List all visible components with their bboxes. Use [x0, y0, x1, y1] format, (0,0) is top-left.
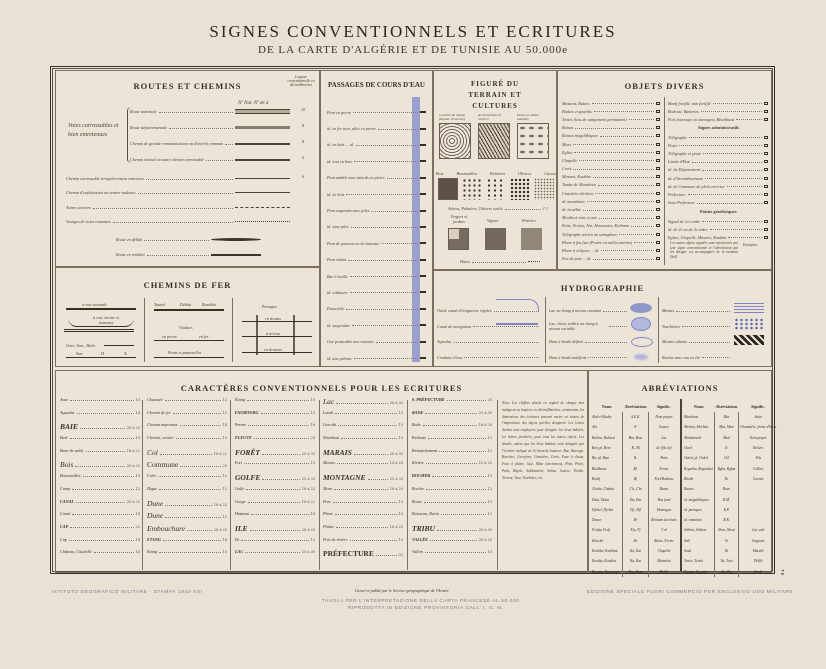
letter-height-value: 20 à 30 — [390, 452, 403, 456]
abbr-row: MohammedMadNom propre — [683, 433, 778, 443]
ecriture-sample: Dune — [147, 499, 163, 508]
ecriture-sample: Chemin, sentier — [147, 435, 174, 440]
navigation-canal-symbol — [496, 323, 538, 325]
stations-line — [66, 357, 136, 358]
abbr-abbreviation: Ch., Cht — [623, 484, 649, 494]
routes-width-header: Largeur conventionnelle en décimillimètr… — [287, 75, 315, 87]
abbr-row: Regueba, RegueibatRgba, RgbatColline — [683, 463, 778, 473]
abbr-abbreviation: Tet, Tnet — [714, 556, 738, 566]
ecriture-row: MONTAGNE25 à 35 — [323, 473, 403, 486]
abbr-header: Abréviations — [714, 400, 738, 412]
abbr-name: Bordj — [591, 474, 623, 484]
abbr-meaning: Ferme — [649, 463, 679, 473]
ecritures-column: S. PRÉFECTURE25RADE25 à 30Rade18 à 20Red… — [412, 397, 492, 562]
ecriture-sample: Baie — [60, 435, 68, 440]
ecriture-row: Phare10 — [323, 511, 403, 524]
passage-row: id. tout en bois — [327, 153, 422, 169]
crossing-level-line — [242, 336, 312, 337]
ecriture-row: FORÊT25 à 35 — [235, 448, 315, 461]
objet-row: id. de Commune de plein exercice — [668, 182, 768, 190]
abbr-name: Bir, pl. Biar — [591, 453, 623, 463]
abbr-row: Djebel, DjebalDj., DjlMontagne — [591, 505, 679, 515]
ecriture-row: Chemin de fer15 — [147, 410, 227, 423]
terrain-relief-label: Courbes de niveau (Equid. 10 mètres) — [439, 113, 471, 121]
ecriture-row: Mont18 à 20 — [323, 486, 403, 499]
abbr-meaning: Chaumière, ferme d'hiver — [738, 422, 777, 432]
footer-printer: ISTITUTO GEOGRAFICO MILITARE - STAMPA 19… — [52, 590, 203, 595]
letter-height-value: 14 — [136, 411, 140, 415]
map-symbol-icon — [764, 110, 768, 113]
abbr-abbreviation: Si — [714, 536, 738, 546]
ecriture-row: Gorge18 à 22 — [235, 499, 315, 512]
viaduct-line — [154, 340, 224, 341]
abbr-name: Aïn — [591, 422, 623, 432]
ecriture-sample: Chaussée — [147, 397, 163, 402]
ecriture-row: Bois20 à 25 — [60, 460, 140, 473]
hydro-row: Marais — [662, 303, 732, 319]
abbr-row: id. puniquesR.P. — [683, 505, 778, 515]
abbr-meaning: de (fils de) — [649, 443, 679, 453]
objet-row: Hoûtes et gourbis — [562, 107, 660, 115]
abbr-row: RuinesRnes — [683, 484, 778, 494]
culture-label: Bois — [436, 171, 443, 176]
ecriture-sample: Digue — [147, 486, 157, 491]
letter-height-value: 14 — [136, 512, 140, 516]
abbr-header: Signific. — [738, 400, 777, 412]
passage-row: Gué praticable aux voitures — [327, 333, 422, 349]
passage-row: Pont suspendu avec piles — [327, 202, 422, 218]
ecriture-row: Banc de sable18 à 22 — [60, 448, 140, 461]
map-symbol-icon — [656, 192, 660, 195]
ecritures-column: Lac20 à 30Lande15Lieu-dit15Marabout10MAR… — [323, 397, 403, 562]
objet-row: Bordj fortifié, non fortifié — [668, 99, 768, 107]
ecriture-row: Parc15 — [323, 499, 403, 512]
ecriture-sample: Anse — [60, 397, 68, 402]
abbr-header: Abréviations — [623, 400, 649, 412]
ecriture-sample: Chemin important — [147, 422, 178, 427]
map-symbol-icon — [656, 175, 660, 178]
abbr-abbreviation: Od — [714, 453, 738, 463]
abbr-row: SoukSkMarché — [683, 546, 778, 556]
objet-row: id. musulman — [562, 197, 660, 205]
ecriture-row: Marabout10 — [323, 435, 403, 448]
map-symbol-icon — [764, 236, 768, 239]
map-symbol-icon — [656, 208, 660, 211]
letter-height-value: 10 — [399, 538, 403, 542]
ecriture-sample: PRÉFECTURE — [323, 549, 374, 558]
ecriture-row: Chemin important14 — [147, 422, 227, 435]
ecriture-sample: Banc de sable — [60, 448, 84, 453]
hydro-row: Lac ou étang à niveau constant — [549, 303, 629, 319]
letter-height-value: 35 — [399, 553, 403, 557]
ecriture-row: CAP20 — [60, 524, 140, 537]
letter-height-value: 15 — [488, 550, 492, 554]
ecriture-row: Baie15 — [60, 435, 140, 448]
abbr-meaning: Source — [649, 422, 679, 432]
objet-row: Télégraphe aérien ou sémaphore — [562, 230, 660, 238]
letter-height-value: 12 — [488, 436, 492, 440]
letter-height-value: 12 — [136, 487, 140, 491]
map-symbol-icon — [764, 201, 768, 204]
crossings-title: Passages — [262, 304, 277, 309]
letter-height-value: 18 à 22 — [302, 487, 315, 491]
ecriture-row: GOLFE25 à 35 — [235, 473, 315, 486]
map-symbol-icon — [656, 233, 660, 236]
abbr-abbreviation: Sbra, Sbrat — [714, 525, 738, 535]
ecriture-row: Etang15 — [147, 549, 227, 562]
abbr-abbreviation: Za, Zat — [714, 566, 738, 576]
abbr-abbreviation: Ksa, Ksat — [623, 566, 649, 576]
ecriture-sample: CAP — [60, 524, 68, 529]
bridge-symbol — [420, 144, 426, 146]
objet-row: Croix — [562, 165, 660, 173]
abbr-row: SidiSiSeigneur — [683, 536, 778, 546]
abbr-row: Mechta, MechtatMta, MtatChaumière, ferme… — [683, 422, 778, 432]
ecriture-sample: Broussailles — [60, 473, 81, 478]
abbr-row: Sebkra, SebkretSbra, SbratLac salé — [683, 525, 778, 535]
ecriture-row: Chaussée12 — [147, 397, 227, 410]
ecriture-sample: Cap — [60, 537, 67, 542]
letter-height-value: 18 à 22 — [214, 452, 227, 456]
abbr-abbreviation: Fja, Fj — [623, 525, 649, 535]
abbr-abbreviation: Mad — [714, 433, 738, 443]
woods-swatch — [438, 178, 458, 200]
abbr-meaning: Défilé — [649, 566, 679, 576]
crossing-under-line — [242, 352, 312, 353]
rail-narrow-line — [68, 318, 134, 327]
scrub-swatch — [462, 178, 482, 200]
map-symbol-icon — [656, 151, 660, 154]
ecriture-sample: Rocher — [412, 486, 424, 491]
abbr-meaning: Colline — [738, 463, 777, 473]
halte-label: H. — [101, 351, 105, 356]
dunes-swatch — [517, 123, 549, 159]
abbr-row: Teniet, TenietTet, TnetDéfilé — [683, 556, 778, 566]
ecriture-sample: Dune — [147, 511, 163, 520]
ecriture-row: Dune12 — [147, 511, 227, 524]
letter-height-value: 12 — [311, 538, 315, 542]
abbr-name: Daia, Daiat — [591, 494, 623, 504]
geodesic-points-title: Points géodésiques — [700, 209, 737, 214]
abbr-name: Sebkra, Sebkret — [683, 525, 714, 535]
arret-label: A. — [124, 351, 128, 356]
letter-height-value: 10 — [399, 436, 403, 440]
bridge-symbol — [420, 275, 426, 277]
ecriture-sample: Étang — [235, 397, 245, 402]
abbr-abbreviation: R.R. — [714, 515, 738, 525]
objet-row: Signal de 1er ordre — [668, 217, 768, 225]
objet-row: Limite d'Etat — [668, 158, 768, 166]
ecriture-row: VALLÉE20 à 25 — [412, 537, 492, 550]
ecriture-sample: Etang — [147, 549, 157, 554]
abbr-name: Koubba, Koubbat — [591, 546, 623, 556]
hydro-row: Daia à bords indéfinis — [549, 350, 629, 366]
map-symbol-icon — [764, 220, 768, 223]
letter-height-value: 14 — [223, 423, 227, 427]
abbr-row: AïnAºSource — [591, 422, 679, 432]
abbr-meaning — [738, 494, 777, 504]
ecriture-row: BAIE20 à 25 — [60, 422, 140, 435]
ecritures-column: Étang10FAUBOURG15Ferme10FLEUVE20FORÊT25 … — [235, 397, 315, 562]
abbr-row: BordjBjFort/Redoute — [591, 474, 679, 484]
map-symbol-icon — [656, 134, 660, 137]
ecriture-row: Cap14 — [60, 537, 140, 550]
objet-row: Préfecture — [668, 190, 768, 198]
abbr-name: Oued — [683, 443, 714, 453]
footer-table-note: TAVOLA PER L'INTERPRETAZIONE DELLA CARTA… — [322, 599, 520, 604]
bridge-symbol — [420, 128, 426, 130]
letter-height-value: 15 — [399, 500, 403, 504]
ecriture-sample: Mont — [323, 486, 332, 491]
ecriture-sample: ETANG — [147, 537, 161, 542]
ecriture-row: Digue12 — [147, 486, 227, 499]
crossing-over-line — [242, 321, 312, 322]
ecriture-row: FAUBOURG15 — [235, 410, 315, 423]
letter-height-value: 20 à 25 — [479, 538, 492, 542]
letter-height-value: 18 à 22 — [127, 449, 140, 453]
tunnel-label: Tunnel — [154, 302, 165, 307]
ecriture-sample: Ruisseau, Ravin — [412, 511, 439, 516]
abbr-name: Feidja, Fedj — [591, 525, 623, 535]
vines-label: Vignes — [487, 218, 498, 223]
marsh-symbol — [734, 303, 764, 313]
hydro-row: Ravins sans eau en été — [662, 350, 732, 366]
abbr-name: Ouled, pl. Ouled — [683, 453, 714, 463]
ecriture-sample: Marabout — [323, 435, 339, 440]
letter-height-value: 18 à 22 — [214, 503, 227, 507]
ecriture-sample: Chemin de fer — [147, 410, 171, 415]
abbr-meaning: Bas fond — [649, 494, 679, 504]
passage-row: Pont mobile avec abords en pierre — [327, 170, 422, 186]
ecriture-sample: Plaine — [323, 524, 334, 529]
route-row: Chemin d'exploitation ou sentier muletie… — [66, 190, 290, 195]
ecriture-sample: Hameau — [235, 511, 249, 516]
map-symbol-icon — [656, 159, 660, 162]
tramway-line — [64, 329, 134, 332]
ecriture-row: Anse15 — [60, 397, 140, 410]
abbr-row: DouarDrRéunion de tentes — [591, 515, 679, 525]
ecriture-sample: ILE — [235, 524, 248, 533]
ecriture-row: Chemin, sentier10 — [147, 435, 227, 448]
ecriture-row: Ruisseau, Ravin12 — [412, 511, 492, 524]
letter-height-value: 20 à 25 — [302, 528, 315, 532]
map-symbol-icon — [764, 102, 768, 105]
letter-height-value: 20 à 25 — [127, 426, 140, 430]
passage-row: id. en bois ... id. — [327, 137, 422, 153]
ecriture-row: Golfe18 à 22 — [235, 486, 315, 499]
abbr-header: Signific. — [649, 400, 679, 412]
ecriture-row: LAC25 à 30 — [235, 549, 315, 562]
objet-row: Sous-Préfecture — [668, 199, 768, 207]
map-symbol-icon — [656, 183, 660, 186]
abbr-name: Mohammed — [683, 433, 714, 443]
bridges-line — [154, 357, 224, 358]
bridge-symbol — [420, 111, 426, 113]
abbr-row: Ouled, pl. OuledOdFils — [683, 453, 778, 463]
ecriture-sample: GOLFE — [235, 473, 260, 482]
lake-variable-symbol — [631, 317, 651, 331]
examples-label: Exemples: — [743, 243, 758, 247]
abreviations-title: ABRÉVIATIONS — [589, 383, 771, 393]
hydro-row: Canal de navigation — [437, 319, 541, 335]
ecriture-sample: Rade — [412, 422, 421, 427]
ecriture-sample: Commune — [147, 460, 178, 469]
map-symbol-icon — [656, 249, 660, 252]
terrain-relief-label: Arrachements et rochers — [478, 113, 510, 121]
abbr-name: Regueba, Regueibat — [683, 463, 714, 473]
ecriture-row: ROCHER15 — [412, 473, 492, 486]
abbr-row: RhedirRrCuvette — [683, 474, 778, 484]
route-width-value: 8 — [302, 123, 304, 128]
ecriture-row: Retranchement12 — [412, 448, 492, 461]
hydro-row: Conduite d'eau — [437, 350, 541, 366]
objets-note: Les autres objets signalés sont représen… — [670, 241, 738, 259]
passage-row: Pont volant — [327, 252, 422, 268]
objet-row: id. israélite — [562, 205, 660, 213]
culture-label: Oliviers — [518, 171, 532, 176]
ecriture-sample: Château, Citadelle — [60, 549, 92, 554]
routes-group-label: Voies carrossables et bien entretenues — [68, 122, 126, 140]
abbr-name: Djebel, Djebal — [591, 505, 623, 515]
abbr-abbreviation: Hr — [623, 536, 649, 546]
abbr-row: Bahira, BahiratBra, BratLac — [591, 433, 679, 443]
ecriture-row: TRIBU20 à 30 — [412, 524, 492, 537]
route-row: Chemin vicinal ou autre chemin carrossab… — [130, 157, 290, 162]
abbr-abbreviation: Ka, Kat — [623, 546, 649, 556]
ecriture-row: Camp12 — [60, 486, 140, 499]
letter-height-value: 15 — [311, 461, 315, 465]
abbr-row: Daia, DaiatDa, DatBas fond — [591, 494, 679, 504]
passage-row: id. ordinaire — [327, 284, 422, 300]
objet-row: Télégraphe et poste — [668, 149, 768, 157]
map-symbol-icon — [656, 143, 660, 146]
ecritures-column: Anse15Aqueduc14BAIE20 à 25Baie15Banc de … — [60, 397, 140, 562]
abbr-name: Teniet, Teniet — [683, 556, 714, 566]
objet-row: Maisons, Ruines — [562, 99, 660, 107]
route-row: Chemin carrossable irrégulièrement entre… — [66, 176, 290, 181]
letter-height-value: 12 — [223, 398, 227, 402]
ecriture-row: Col18 à 22 — [147, 448, 227, 461]
panel-terrain: FIGURÉ DU TERRAIN ET CULTURES Courbes de… — [433, 70, 557, 270]
embankment-label: Remblai — [202, 302, 216, 307]
ecriture-sample: Lac — [323, 397, 334, 406]
map-symbol-icon — [764, 185, 768, 188]
abbr-abbreviation: Rr — [714, 474, 738, 484]
ecriture-sample: Lande — [323, 410, 333, 415]
abbr-abbreviation: B. — [623, 453, 649, 463]
daia-undefined-symbol — [634, 354, 648, 360]
map-symbol-icon — [764, 136, 768, 139]
ecriture-sample: Camp — [60, 486, 70, 491]
hedges-row: Haies — [460, 259, 540, 264]
ecriture-row: Étang10 — [235, 397, 315, 410]
ecriture-sample: Port de rivière — [323, 537, 348, 542]
map-symbol-icon — [656, 126, 660, 129]
letter-height-value: 15 — [488, 474, 492, 478]
abbr-name: Ksouga, Ksouguat — [591, 566, 623, 576]
letter-height-value: 14 — [136, 538, 140, 542]
map-symbol-icon — [656, 257, 660, 260]
passage-row: id. en bois — [327, 186, 422, 202]
tunnel-cutting-line — [154, 309, 224, 311]
abbr-name: Henchir — [591, 536, 623, 546]
letter-height-value: 25 à 30 — [302, 550, 315, 554]
ecriture-sample: Marais — [323, 460, 335, 465]
letter-height-value: 14 — [311, 512, 315, 516]
letter-height-value: 10 — [223, 436, 227, 440]
abbr-name: id. puniques — [683, 505, 714, 515]
abbr-abbreviation: B., Bi — [623, 443, 649, 453]
wadi-symbol — [496, 299, 539, 312]
abbr-name: Mechta, Mechtat — [683, 422, 714, 432]
abbr-name: Chaba, Chabat — [591, 484, 623, 494]
route-row: Route départementale — [130, 125, 290, 130]
ecriture-row: RADE25 à 30 — [412, 410, 492, 423]
route-row: Vestiges de voies romaines — [66, 219, 290, 224]
letter-height-value: 20 à 30 — [390, 401, 403, 405]
abbr-abbreviation: Bra, Brat — [623, 433, 649, 443]
ecriture-sample: Canal — [60, 511, 70, 516]
abbr-name: Ben, pl. Beni — [591, 443, 623, 453]
ecritures-title: CARACTÈRES CONVENTIONNELS POUR LES ECRIT… — [56, 383, 587, 393]
ecriture-row: Canal14 — [60, 511, 140, 524]
stone-viaduct-label: en pierre — [162, 334, 177, 339]
letter-height-value: 15 à 20 — [479, 461, 492, 465]
abbr-name: Rhedir — [683, 474, 714, 484]
ecriture-row: Fort15 — [235, 460, 315, 473]
cactus-swatch — [534, 178, 554, 200]
ecriture-row: Route15 — [412, 499, 492, 512]
abbr-row: Zaouia, ZaouiatZa, ZatEcole — [683, 566, 778, 576]
abbr-abbreviation: Rgba, Rgbat — [714, 463, 738, 473]
map-symbol-icon — [656, 118, 660, 121]
meadows-label: Prairies — [522, 218, 536, 223]
bridge-symbol — [420, 357, 426, 359]
ecriture-row: ETANG18 — [147, 537, 227, 550]
abbr-row: Chaba, ChabatCh., ChtRavin — [591, 484, 679, 494]
route-width-value: 10 — [301, 107, 305, 112]
ecriture-row: Rade18 à 20 — [412, 422, 492, 435]
map-symbol-icon — [764, 144, 768, 147]
letter-height-value: 18 — [223, 538, 227, 542]
letter-height-value: 12 — [223, 487, 227, 491]
letter-height-value: 15 — [223, 550, 227, 554]
bridge-symbol — [420, 193, 426, 195]
ecriture-row: Rocher12 — [412, 486, 492, 499]
ecriture-row: Lande15 — [323, 410, 403, 423]
objet-row: Tentes (lieu de campement permanent) — [562, 115, 660, 123]
letter-height-value: 15 — [399, 423, 403, 427]
footer-reprint-note: RIPRODOTTA IN EDIZIONE PROVVISORIA DALL'… — [348, 606, 504, 611]
rail-normal-line — [66, 308, 136, 310]
abbr-row: id. mégalithiquesR.M. — [683, 494, 778, 504]
ecriture-sample: Fort — [235, 460, 242, 465]
ecriture-row: Crête15 — [147, 473, 227, 486]
bridge-symbol — [420, 242, 426, 244]
abbr-meaning: Réunion de tentes — [649, 515, 679, 525]
letter-height-value: 25 — [488, 398, 492, 402]
objet-row: Moulin à vent, à eau — [562, 214, 660, 222]
panel-passages: PASSAGES DE COURS D'EAU Pont en pierreid… — [320, 70, 433, 367]
map-symbol-icon — [764, 177, 768, 180]
ecriture-sample: Ile — [235, 537, 239, 542]
footer-credit: Gravé et publié par le Service géographi… — [355, 588, 449, 593]
ecriture-row: Lac20 à 30 — [323, 397, 403, 410]
objet-row: id. d'Arrondissement — [668, 174, 768, 182]
ecriture-sample: Ferme — [235, 422, 246, 427]
ecriture-sample: Rivière — [412, 460, 424, 465]
abbr-meaning: Cuvette — [738, 474, 777, 484]
